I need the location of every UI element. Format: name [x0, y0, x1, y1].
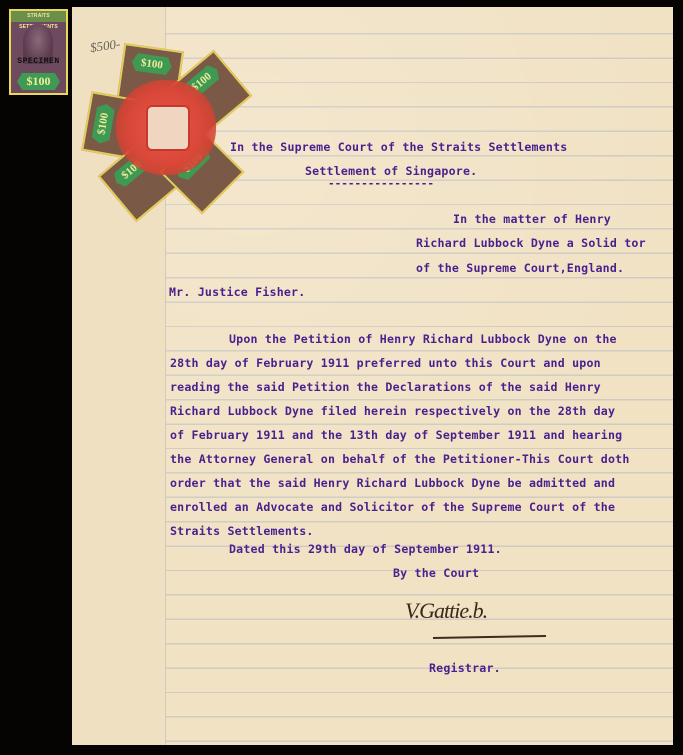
body-line: Straits Settlements. [170, 524, 314, 538]
body-line: enrolled an Advocate and Solicitor of th… [170, 500, 615, 514]
matter-line: In the matter of Henry [453, 212, 611, 226]
body-line: order that the said Henry Richard Lubboc… [170, 476, 615, 490]
heading-line-2: Settlement of Singapore. [305, 164, 477, 178]
body-line: 28th day of February 1911 preferred unto… [170, 356, 601, 370]
matter-line: Richard Lubbock Dyne a Solid tor [416, 236, 646, 250]
heading-line-1: In the Supreme Court of the Straits Sett… [230, 140, 567, 154]
specimen-overprint: SPECIMEN [11, 57, 66, 66]
stamp-header: STRAITS SETTLEMENTS [11, 11, 66, 22]
registrar-signature: V.Gattie.b. [405, 598, 487, 624]
body-line: the Attorney General on behalf of the Pe… [170, 452, 630, 466]
by-the-court: By the Court [393, 566, 479, 580]
registrar-label: Registrar. [429, 661, 501, 675]
specimen-stamp: STRAITS SETTLEMENTS SPECIMEN $100 [9, 9, 68, 95]
body-line: Upon the Petition of Henry Richard Lubbo… [229, 332, 617, 346]
body-line: Richard Lubbock Dyne filed herein respec… [170, 404, 615, 418]
embossed-seal [116, 80, 216, 175]
body-line: reading the said Petition the Declaratio… [170, 380, 601, 394]
matter-line: of the Supreme Court,England. [416, 261, 624, 275]
dated-line: Dated this 29th day of September 1911. [229, 542, 502, 556]
judge-name: Mr. Justice Fisher. [169, 285, 305, 299]
heading-underline: ---------------- [328, 177, 434, 190]
body-line: of February 1911 and the 13th day of Sep… [170, 428, 622, 442]
crown-icon [146, 105, 190, 151]
stamp-value: $100 [17, 73, 60, 90]
